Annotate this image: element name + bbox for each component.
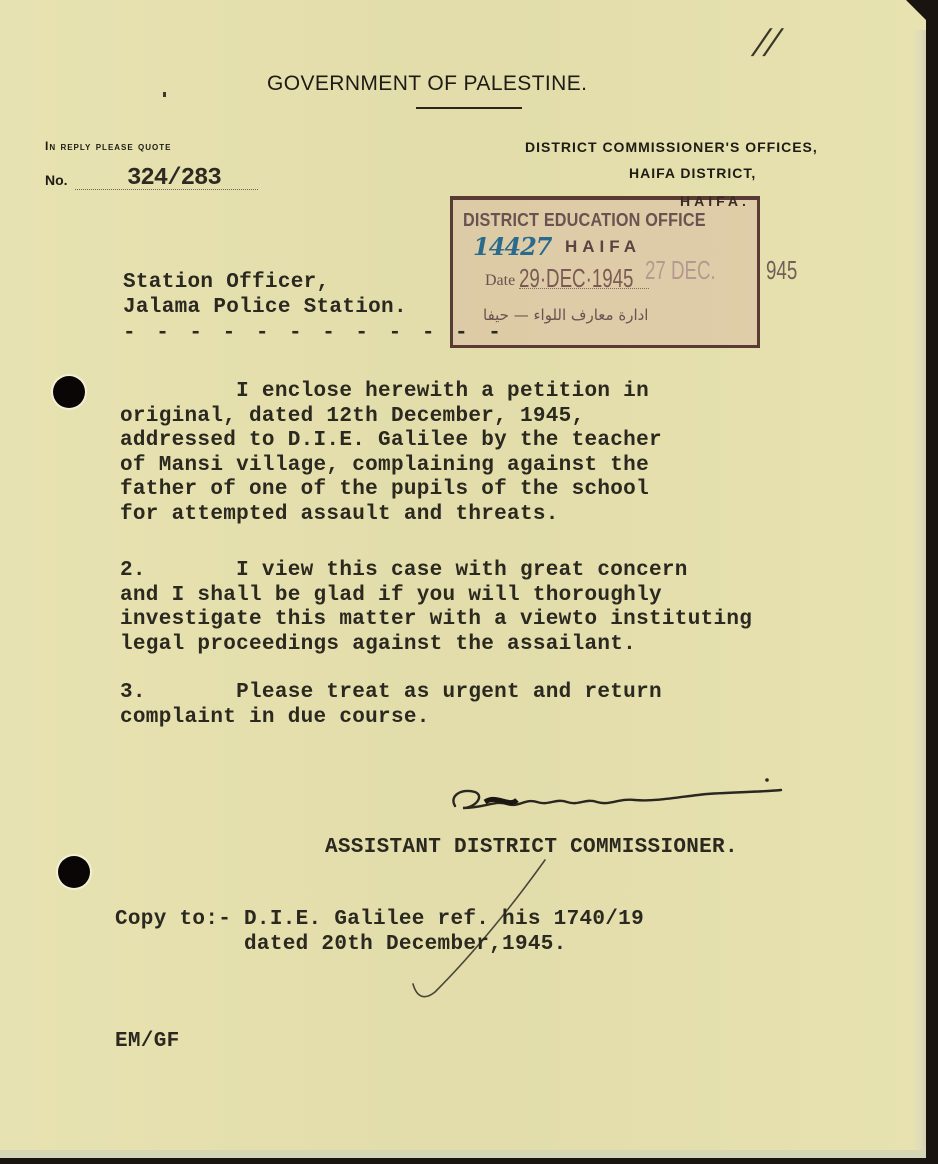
stamp-date-label: Date	[485, 272, 515, 290]
stamp-date: 29·DEC·1945	[519, 263, 633, 294]
received-year-stamp: 945	[766, 255, 797, 286]
punch-hole-bottom	[58, 856, 90, 888]
stamp-title: DISTRICT EDUCATION OFFICE	[463, 210, 706, 231]
letterhead-title: GOVERNMENT OF PALESTINE.	[267, 72, 587, 96]
office-name: DISTRICT COMMISSIONER'S OFFICES,	[525, 139, 818, 155]
addressee-line-2: Jalama Police Station.	[123, 296, 407, 319]
addressee: Station Officer, Jalama Police Station.	[123, 271, 407, 320]
stamp-handwritten-number: 14427	[473, 232, 552, 261]
page-bottom-edge	[0, 1150, 926, 1158]
punch-hole-top	[53, 376, 85, 408]
addressee-line-1: Station Officer,	[123, 271, 329, 294]
body-paragraph-2: 2. I view this case with great concern a…	[120, 559, 752, 657]
stamp-arabic-text: ادارة معارف اللواء — حيفا	[483, 306, 648, 324]
typist-initials: EM/GF	[115, 1030, 180, 1055]
office-district: HAIFA DISTRICT,	[629, 165, 756, 181]
handwritten-page-mark: //	[752, 22, 782, 62]
reference-number: 324/283	[127, 165, 221, 192]
document-page: // GOVERNMENT OF PALESTINE. In reply ple…	[0, 0, 926, 1158]
reply-quote-label: In reply please quote	[45, 139, 172, 153]
header-rule	[416, 107, 522, 109]
handwritten-signature	[445, 778, 785, 818]
reference-no-label: No.	[45, 172, 68, 188]
page-edge	[912, 30, 926, 1160]
body-paragraph-3: 3. Please treat as urgent and return com…	[120, 681, 662, 730]
copy-to-line: Copy to:- D.I.E. Galilee ref. his 1740/1…	[115, 908, 644, 957]
stray-mark	[163, 92, 166, 97]
body-paragraph-1: I enclose herewith a petition in origina…	[120, 380, 662, 527]
addressee-separator: - - - - - - - - - - - -	[123, 322, 505, 347]
received-date-stamp: 27 DEC.	[645, 255, 716, 286]
stamp-top-text: HAIFA.	[680, 193, 750, 209]
stamp-city: HAIFA	[565, 237, 641, 257]
